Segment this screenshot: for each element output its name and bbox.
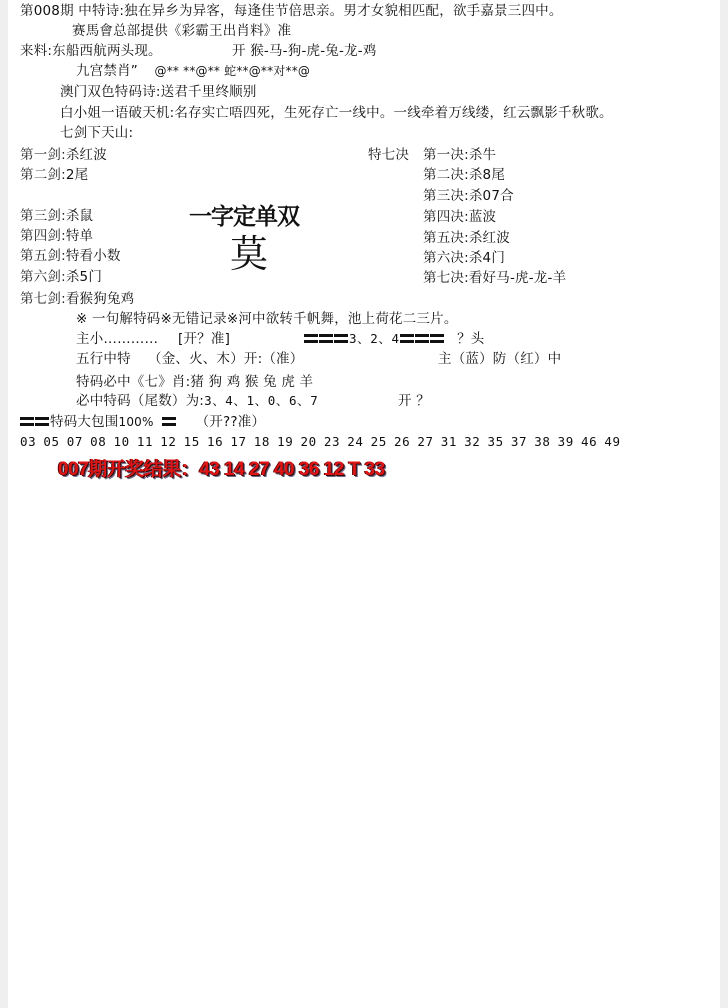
nine-palace-line: 九宫禁肖” @** **@** 蛇**@**对**@ — [76, 62, 310, 80]
macau-poem-label: 澳门双色特码诗: — [60, 84, 161, 100]
numbers-line: 03 05 07 08 10 11 12 15 16 17 18 19 20 2… — [20, 433, 621, 451]
open-line: 开 猴-马-狗-虎-兔-龙-鸡 — [232, 42, 377, 60]
sword-label: 第三剑: — [20, 208, 66, 224]
tip-2: 第二决:杀8尾 — [423, 166, 505, 184]
tip-6: 第六决:杀4门 — [423, 249, 505, 267]
miss-bai-value: 名存实亡唔四死，生死存亡一线中。一线牵着万线缕，红云飘影千秋歌。 — [174, 105, 612, 121]
big-range-status: （开??准） — [196, 414, 266, 430]
sword-value: 2尾 — [66, 167, 89, 183]
big-range-line: 特码大包围100% （开??准） — [20, 413, 265, 431]
source-label: 来料: — [20, 43, 52, 59]
macau-poem-line: 澳门双色特码诗:送君千里终顺别 — [60, 83, 257, 101]
tip-label: 第三决: — [423, 188, 469, 204]
tail-status: 开 ？ — [398, 392, 430, 410]
riddle-line: ※ 一句解特码※无错记录※河中欲转千帆舞，池上荷花二三片。 — [76, 310, 458, 328]
sword-1: 第一剑:杀红波 — [20, 146, 107, 164]
tip-value: 杀红波 — [469, 230, 510, 246]
scrollbar-track[interactable] — [720, 0, 728, 1008]
head-suffix: ？头 — [457, 331, 484, 347]
head-numbers: 3、2、4 — [349, 331, 400, 346]
tip-value: 杀4门 — [469, 250, 505, 266]
sword-value: 特单 — [66, 228, 93, 244]
source-line: 来料:东船西航两头现。 — [20, 42, 162, 60]
seven-swords-title: 七剑下天山: — [60, 124, 133, 142]
tip-4: 第四决:蓝波 — [423, 208, 496, 226]
sword-2: 第二剑:2尾 — [20, 166, 88, 184]
head-numbers-line: 3、2、4 ？头 — [304, 330, 484, 348]
miss-bai-line: 白小姐一语破天机:名存实亡唔四死，生死存亡一线中。一线牵着万线缕，红云飘影千秋歌… — [60, 104, 613, 122]
tip-3: 第三决:杀07合 — [423, 187, 514, 205]
document-page: 第008期 中特诗:独在异乡为异客，每逢佳节倍思亲。男才女貌相匹配，欲手嘉景三四… — [0, 0, 720, 1008]
five-elements-label: 五行中特 — [76, 350, 131, 368]
tip-label: 第一决: — [423, 147, 469, 163]
poem-label: 中特诗: — [78, 3, 124, 19]
seven-zodiac-label: 特码必中《七》肖: — [76, 374, 190, 390]
double-bar-icon — [20, 413, 50, 431]
tip-value: 看好马-虎-龙-羊 — [469, 270, 566, 286]
sword-label: 第一剑: — [20, 147, 66, 163]
source-text: 东船西航两头现。 — [52, 43, 162, 59]
seven-tips-title: 特七决 — [368, 146, 409, 164]
five-elements-value: （金、火、木）开:（准） — [148, 350, 303, 368]
big-range-label: 特码大包围 — [50, 414, 119, 430]
tail-numbers-label: 必中特码（尾数）为: — [76, 393, 204, 409]
single-double-value: 莫 — [230, 234, 268, 274]
sword-value: 杀红波 — [66, 147, 107, 163]
sword-5: 第五剑:特看小数 — [20, 247, 121, 265]
sword-label: 第四剑: — [20, 228, 66, 244]
color-tip: 主（蓝）防（红）中 — [438, 350, 561, 368]
sword-value: 杀鼠 — [66, 208, 93, 224]
tip-1: 第一决:杀牛 — [423, 146, 496, 164]
tip-value: 杀07合 — [469, 188, 514, 204]
tip-label: 第二决: — [423, 167, 469, 183]
miss-bai-label: 白小姐一语破天机: — [60, 105, 174, 121]
tip-value: 杀牛 — [469, 147, 496, 163]
sword-label: 第五剑: — [20, 248, 66, 264]
tip-label: 第七决: — [423, 270, 469, 286]
sword-label: 第七剑: — [20, 291, 66, 307]
open-label: 开 — [232, 43, 246, 59]
main-small-status: [开？准] — [178, 330, 230, 348]
tip-value: 蓝波 — [469, 209, 496, 225]
macau-poem-value: 送君千里终顺别 — [161, 84, 257, 100]
tip-7: 第七决:看好马-虎-龙-羊 — [423, 269, 566, 287]
big-range-percent: 100% — [119, 415, 154, 429]
tip-label: 第四决: — [423, 209, 469, 225]
tail-numbers-line: 必中特码（尾数）为:3、4、1、0、6、7 — [76, 392, 318, 410]
triple-bar-icon — [400, 330, 445, 348]
tip-label: 第六决: — [423, 250, 469, 266]
sword-7: 第七剑:看猴狗兔鸡 — [20, 290, 134, 308]
tip-label: 第五决: — [423, 230, 469, 246]
sword-value: 杀5门 — [66, 269, 102, 285]
poem-text: 独在异乡为异客，每逢佳节倍思亲。男才女貌相匹配，欲手嘉景三四中。 — [124, 3, 562, 19]
single-double-title: 一字定单双 — [189, 204, 299, 230]
triple-bar-icon — [304, 330, 349, 348]
header-line: 第008期 中特诗:独在异乡为异客，每逢佳节倍思亲。男才女貌相匹配，欲手嘉景三四… — [20, 2, 563, 20]
sword-4: 第四剑:特单 — [20, 227, 93, 245]
seven-zodiac-line: 特码必中《七》肖:猪 狗 鸡 猴 兔 虎 羊 — [76, 373, 313, 391]
sword-value: 看猴狗兔鸡 — [66, 291, 135, 307]
main-small-label: 主小………… — [76, 330, 158, 348]
sword-6: 第六剑:杀5门 — [20, 268, 102, 286]
tip-value: 杀8尾 — [469, 167, 505, 183]
open-zodiacs: 猴-马-狗-虎-兔-龙-鸡 — [250, 43, 376, 59]
seven-zodiac-value: 猪 狗 鸡 猴 兔 虎 羊 — [190, 374, 313, 390]
single-bar-icon — [162, 413, 177, 431]
sword-3: 第三剑:杀鼠 — [20, 207, 93, 225]
sword-value: 特看小数 — [66, 248, 121, 264]
tip-5: 第五决:杀红波 — [423, 229, 510, 247]
sword-label: 第二剑: — [20, 167, 66, 183]
nine-palace-label: 九宫禁肖” — [76, 63, 138, 79]
sword-label: 第六剑: — [20, 269, 66, 285]
issue-number: 第008期 — [20, 3, 74, 19]
draw-result: 007期开奖结果：43 14 27 40 36 12 T 33 — [58, 458, 385, 482]
provider-line: 赛馬會总部提供《彩霸王出肖料》准 — [72, 22, 291, 40]
tail-numbers-value: 3、4、1、0、6、7 — [204, 393, 318, 408]
nine-palace-value: @** **@** 蛇**@**对**@ — [155, 64, 311, 78]
